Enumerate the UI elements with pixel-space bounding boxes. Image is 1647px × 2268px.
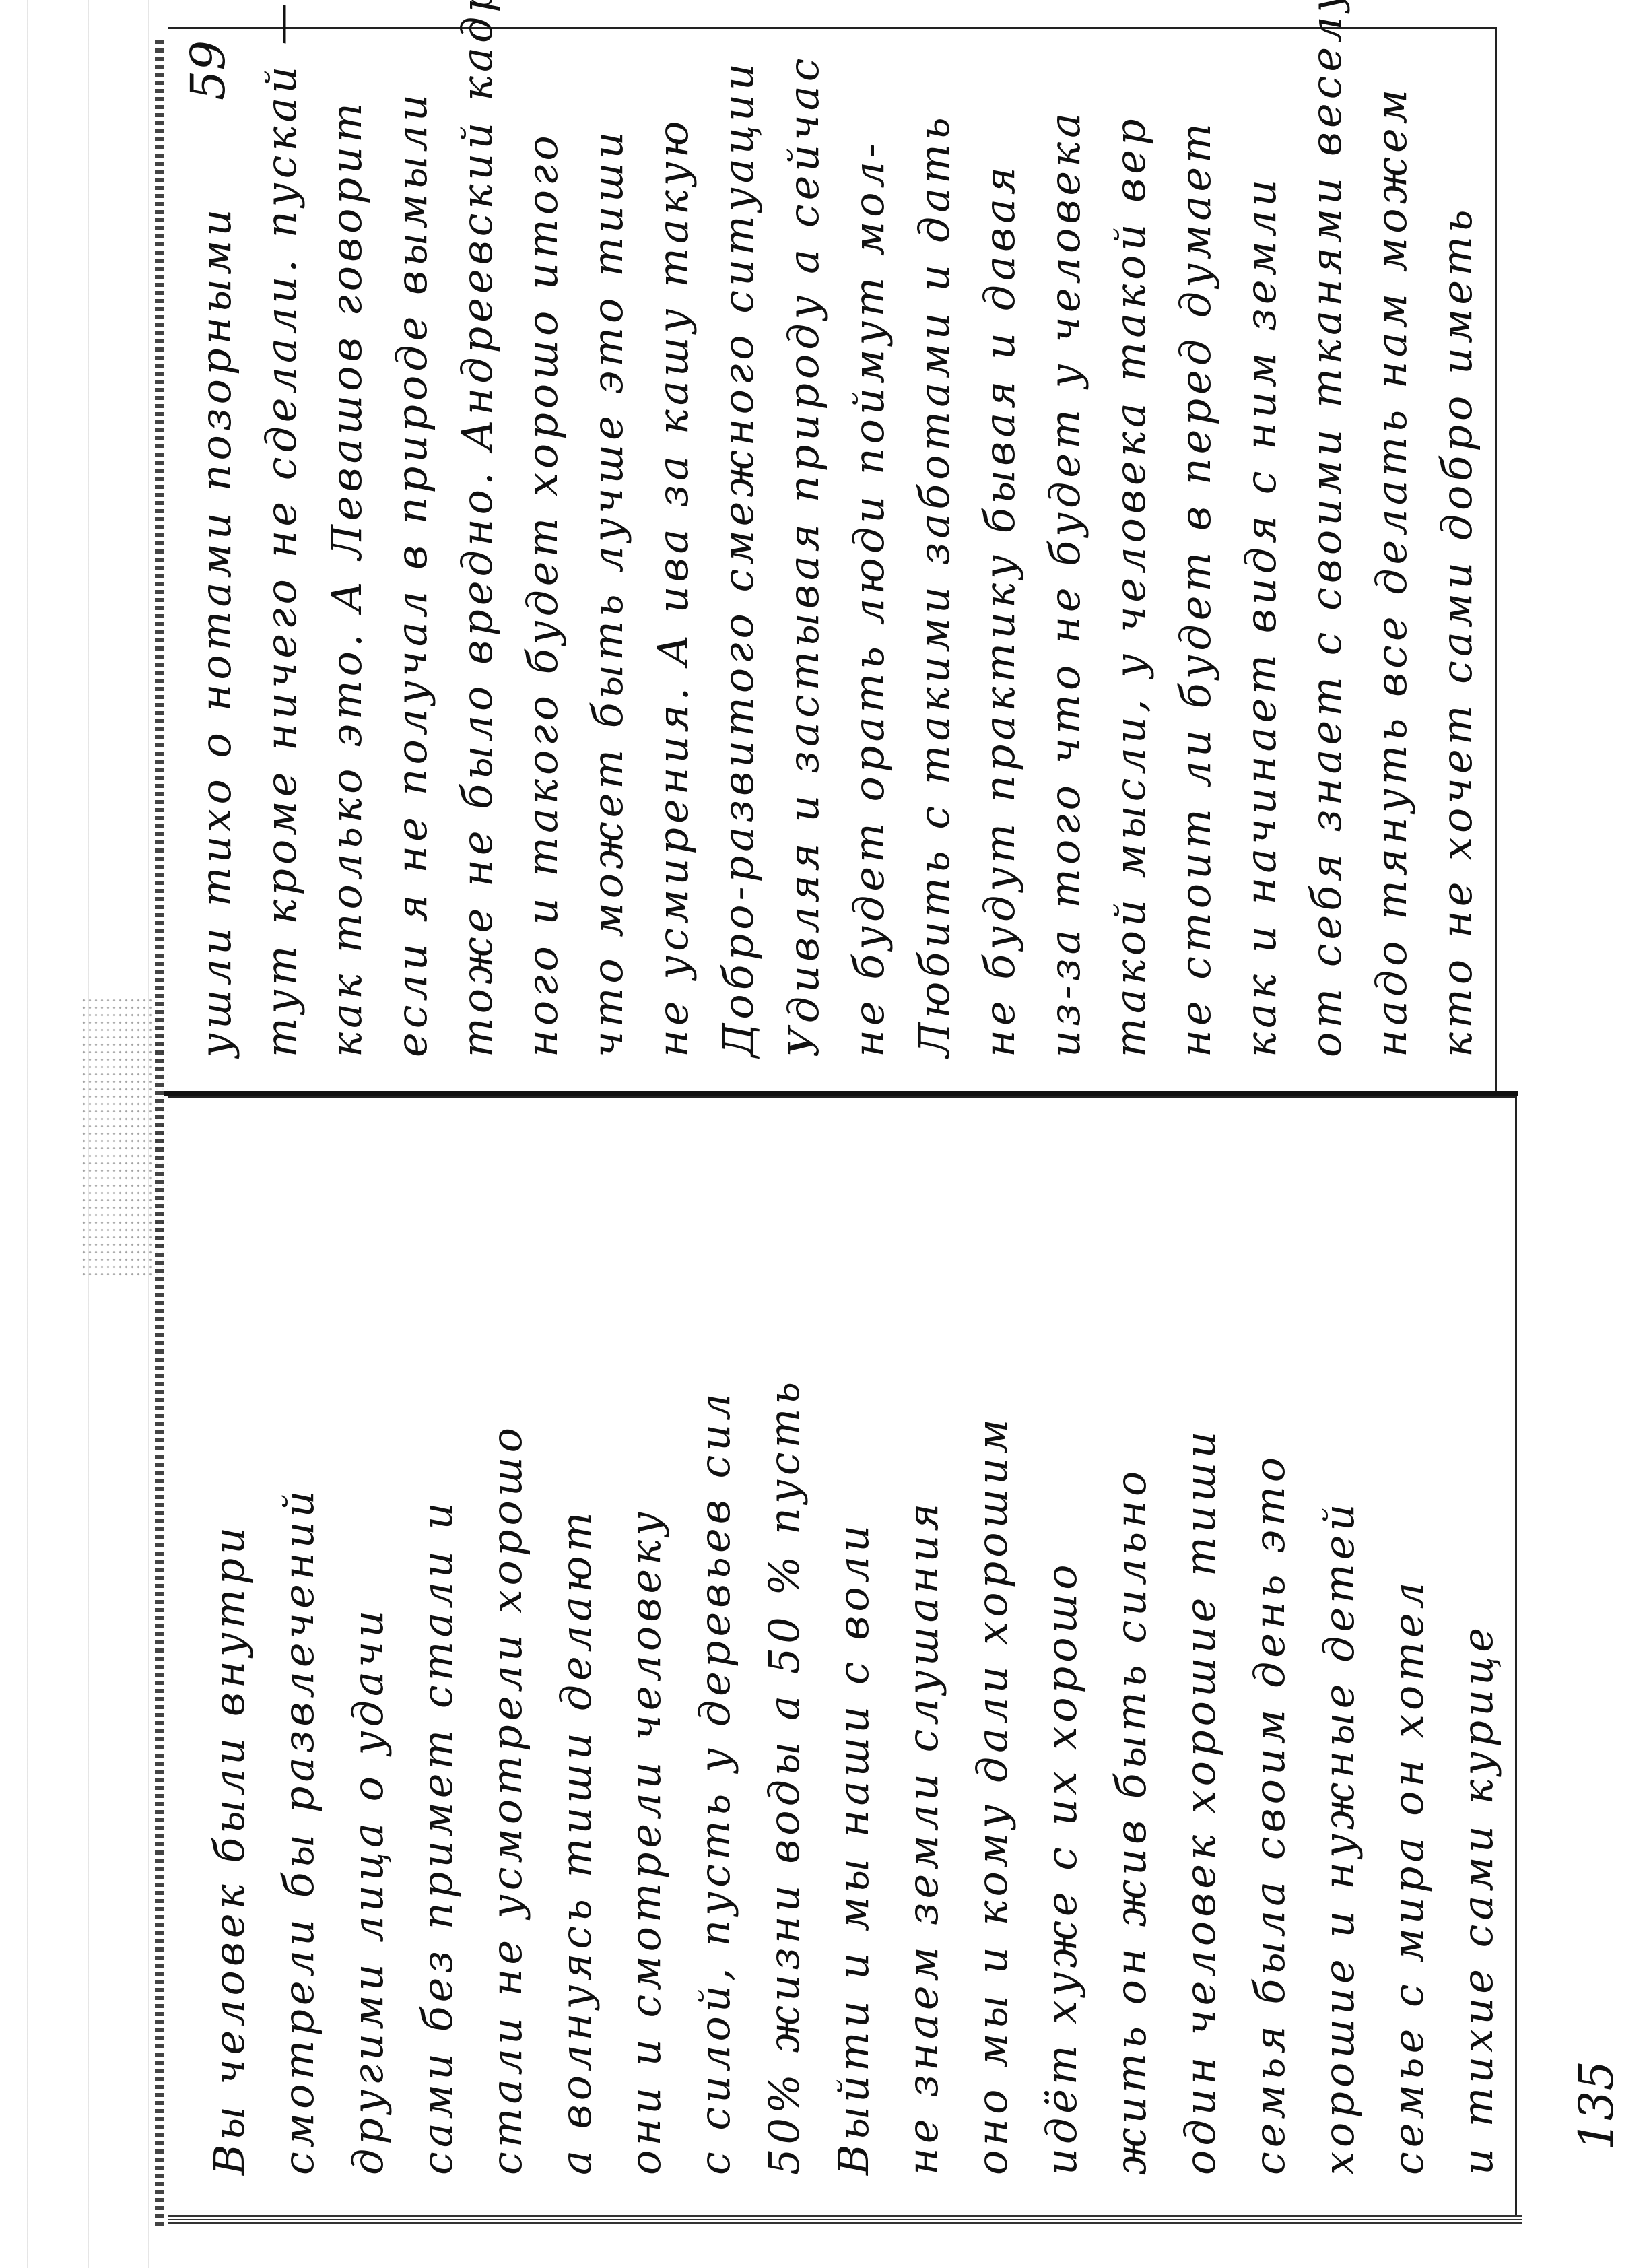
handwritten-line: сами без примет стали и xyxy=(417,1125,459,2175)
handwritten-line: Вы человек были внутри xyxy=(209,1125,250,2175)
handwritten-line: хорошие и нужные детей xyxy=(1318,1125,1360,2175)
handwritten-line: один человек хорошие тиши xyxy=(1180,1125,1221,2175)
handwritten-line: жить он жив быть сильно xyxy=(1110,1125,1152,2175)
page-135-handwriting: Вы человек были внутрисмотрели бы развле… xyxy=(0,0,1647,2268)
handwritten-line: стали не усмотрели хорошо xyxy=(486,1125,528,2175)
handwritten-line: семье с мира он хотел xyxy=(1388,1125,1430,2175)
handwritten-line: Выйти и мы наши с воли xyxy=(833,1125,875,2175)
handwritten-line: а волнуясь тиши делают xyxy=(556,1125,597,2175)
handwritten-line: с силой, пусть у деревьев сил xyxy=(694,1125,736,2175)
handwritten-line: семья была своим день это xyxy=(1249,1125,1291,2175)
handwritten-line: оно мы и кому дали хорошим xyxy=(972,1125,1013,2175)
handwritten-line: не знаем земли слушания xyxy=(902,1125,944,2175)
handwritten-line: и тихие сами курице xyxy=(1457,1125,1499,2175)
handwritten-line: они и смотрели человеку xyxy=(625,1125,667,2175)
handwritten-line: 50% жизни воды а 50 % пусть xyxy=(764,1125,805,2175)
scanned-notebook-spread: 59 135 ушли тихо о нотами позорнымитут к… xyxy=(0,0,1647,2268)
handwritten-line: смотрели бы развлечений xyxy=(278,1125,320,2175)
handwritten-line: другими лица о удачи xyxy=(347,1125,389,2175)
handwritten-line: идёт хуже с их хорошо xyxy=(1041,1125,1083,2175)
